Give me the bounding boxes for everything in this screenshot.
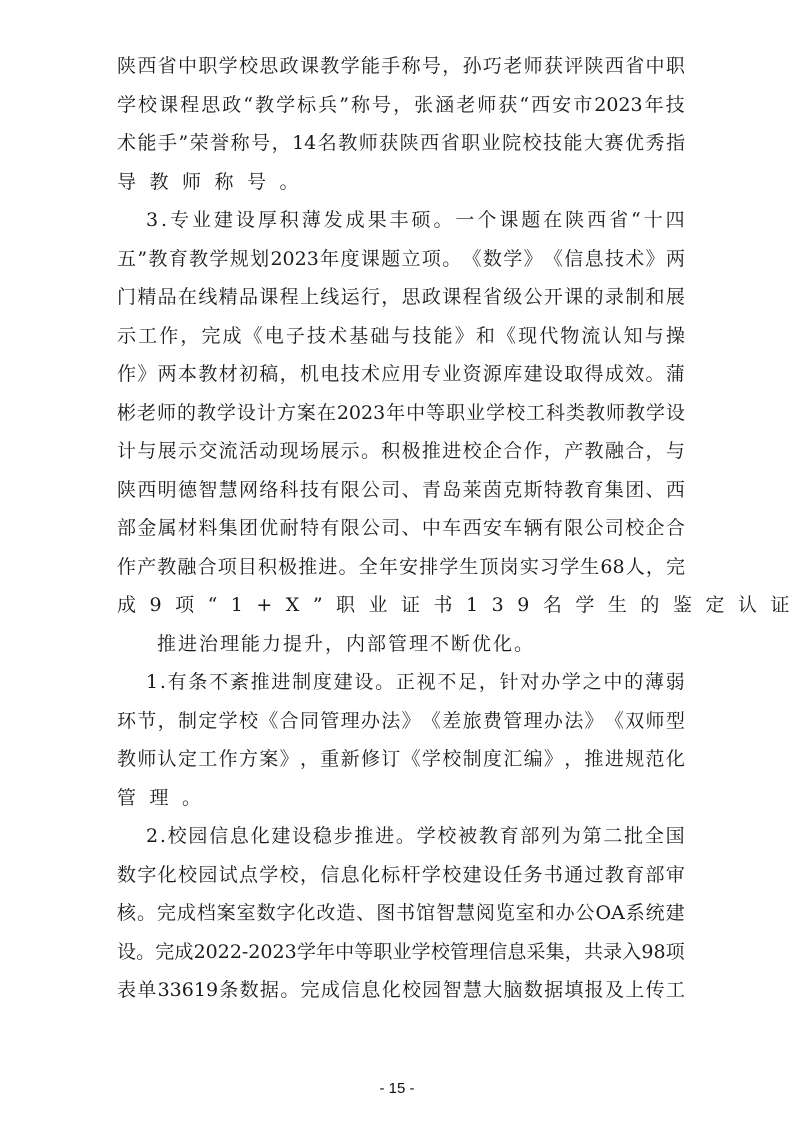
text-line: 彬老师的教学设计方案在2023年中等职业学校工科类教师教学设 [117,394,685,433]
numbered-paragraph-start: 2.校园信息化建设稳步推进。学校被教育部列为第二批全国 [117,817,685,856]
text-line: 陕西省中职学校思政课教学能手称号，孙巧老师获评陕西省中职 [117,47,685,86]
text-line: 成9项“1+X”职业证书139名学生的鉴定认证工作。 [117,586,685,625]
text-line: 门精品在线精品课程上线运行，思政课程省级公开课的录制和展 [117,278,685,317]
text-line: 数字化校园试点学校，信息化标杆学校建设任务书通过教育部审 [117,856,685,895]
text-line: 学校课程思政“教学标兵”称号，张涵老师获“西安市2023年技 [117,86,685,125]
text-line: 作产教融合项目积极推进。全年安排学生顶岗实习学生68人，完 [117,548,685,587]
numbered-paragraph-start: 1.有条不紊推进制度建设。正视不足，针对办学之中的薄弱 [117,663,685,702]
text-line: 管理。 [117,779,685,818]
document-page: 陕西省中职学校思政课教学能手称号，孙巧老师获评陕西省中职 学校课程思政“教学标兵… [0,0,794,1123]
text-line: 教师认定工作方案》，重新修订《学校制度汇编》，推进规范化 [117,740,685,779]
text-line: 五”教育教学规划2023年度课题立项。《数学》《信息技术》两 [117,240,685,279]
page-number: - 15 - [0,1080,794,1097]
text-line: 表单33619条数据。完成信息化校园智慧大脑数据填报及上传工 [117,971,685,1010]
text-line: 陕西明德智慧网络科技有限公司、青岛莱茵克斯特教育集团、西 [117,471,685,510]
text-line: 环节，制定学校《合同管理办法》《差旅费管理办法》《双师型 [117,702,685,741]
text-line: 导教师称号。 [117,163,685,202]
body-text: 陕西省中职学校思政课教学能手称号，孙巧老师获评陕西省中职 学校课程思政“教学标兵… [117,47,685,1010]
numbered-paragraph-start: 3.专业建设厚积薄发成果丰硕。一个课题在陕西省“十四 [117,201,685,240]
text-line: 设。完成2022-2023学年中等职业学校管理信息采集，共录入98项 [117,933,685,972]
text-line: 示工作，完成《电子技术基础与技能》和《现代物流认知与操 [117,317,685,356]
text-line: 计与展示交流活动现场展示。积极推进校企合作，产教融合，与 [117,432,685,471]
section-heading: 推进治理能力提升，内部管理不断优化。 [117,625,685,664]
text-line: 术能手”荣誉称号，14名教师获陕西省职业院校技能大赛优秀指 [117,124,685,163]
text-line: 作》两本教材初稿，机电技术应用专业资源库建设取得成效。蒲 [117,355,685,394]
text-line: 核。完成档案室数字化改造、图书馆智慧阅览室和办公OA系统建 [117,894,685,933]
text-line: 部金属材料集团优耐特有限公司、中车西安车辆有限公司校企合 [117,509,685,548]
